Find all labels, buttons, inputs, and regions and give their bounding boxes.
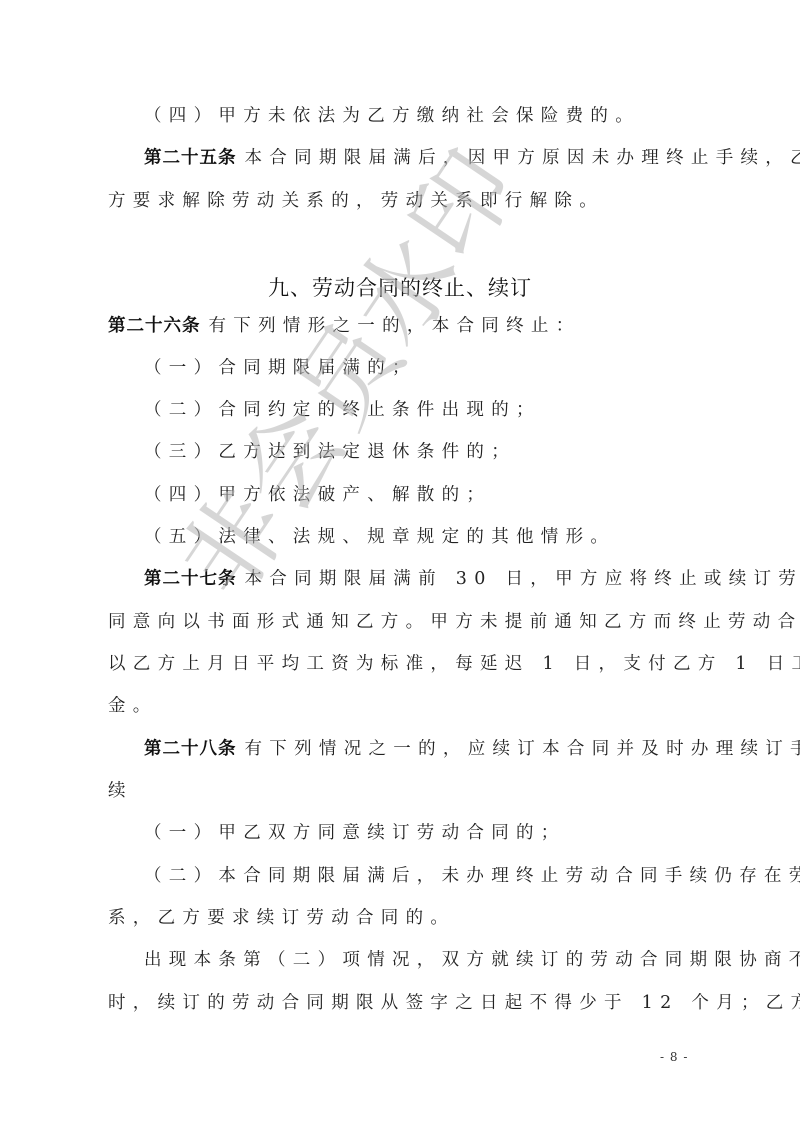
page-number: - 8 - (660, 1050, 688, 1064)
article-27-line-1: 第二十七条本合同期限届满前 30 日，甲方应将终止或续订劳动合 (144, 567, 734, 591)
list-item: （二）本合同期限届满后，未办理终止劳动合同手续仍存在劳动关 (144, 864, 734, 888)
list-item: （一）甲乙双方同意续订劳动合同的； (144, 821, 734, 845)
paragraph-line: 时，续订的劳动合同期限从签字之日起不得少于 12 个月；乙方符合续 (108, 991, 698, 1015)
article-text: 本合同期限届满后，因甲方原因未办理终止手续，乙 (245, 148, 800, 168)
section-title: 九、劳动合同的终止、续订 (0, 272, 800, 302)
list-item: （三）乙方达到法定退休条件的； (144, 440, 734, 464)
item-text: （四）甲方未依法为乙方缴纳社会保险费的。 (144, 106, 640, 126)
list-item: （四）甲方依法破产、解散的； (144, 483, 734, 507)
list-item: （二）合同约定的终止条件出现的； (144, 398, 734, 422)
article-25-line-2: 方要求解除劳动关系的，劳动关系即行解除。 (108, 189, 698, 213)
list-item: （一）合同期限届满的； (144, 356, 734, 380)
article-heading: 第二十八条 (144, 739, 237, 759)
article-27-line-3: 以乙方上月日平均工资为标准，每延迟 1 日，支付乙方 1 日工资的赔偿 (108, 652, 698, 676)
paragraph-line: 出现本条第（二）项情况，双方就续订的劳动合同期限协商不一致 (144, 948, 734, 972)
article-text: 有下列情形之一的，本合同终止： (209, 316, 581, 336)
article-heading: 第二十五条 (144, 148, 237, 168)
article-text: 本合同期限届满前 30 日，甲方应将终止或续订劳动合 (245, 569, 800, 589)
article-text: 有下列情况之一的，应续订本合同并及时办理续订手 (245, 739, 800, 759)
list-item-continuation: 系，乙方要求续订劳动合同的。 (108, 906, 698, 930)
article-26-line: 第二十六条有下列情形之一的，本合同终止： (108, 314, 698, 338)
article-27-line-2: 同意向以书面形式通知乙方。甲方未提前通知乙方而终止劳动合同的， (108, 610, 698, 634)
article-27-line-4: 金。 (108, 694, 698, 718)
article-28-line-2: 续 (108, 779, 698, 803)
article-heading: 第二十七条 (144, 569, 237, 589)
article-text: 方要求解除劳动关系的，劳动关系即行解除。 (108, 191, 604, 211)
article-28-line-1: 第二十八条有下列情况之一的，应续订本合同并及时办理续订手 (144, 737, 734, 761)
article-25-line-1: 第二十五条本合同期限届满后，因甲方原因未办理终止手续，乙 (144, 146, 734, 170)
list-item: （五）法律、法规、规章规定的其他情形。 (144, 525, 734, 549)
document-page: （四）甲方未依法为乙方缴纳社会保险费的。 第二十五条本合同期限届满后，因甲方原因… (0, 0, 800, 1131)
article-heading: 第二十六条 (108, 316, 201, 336)
list-item: （四）甲方未依法为乙方缴纳社会保险费的。 (144, 104, 734, 128)
